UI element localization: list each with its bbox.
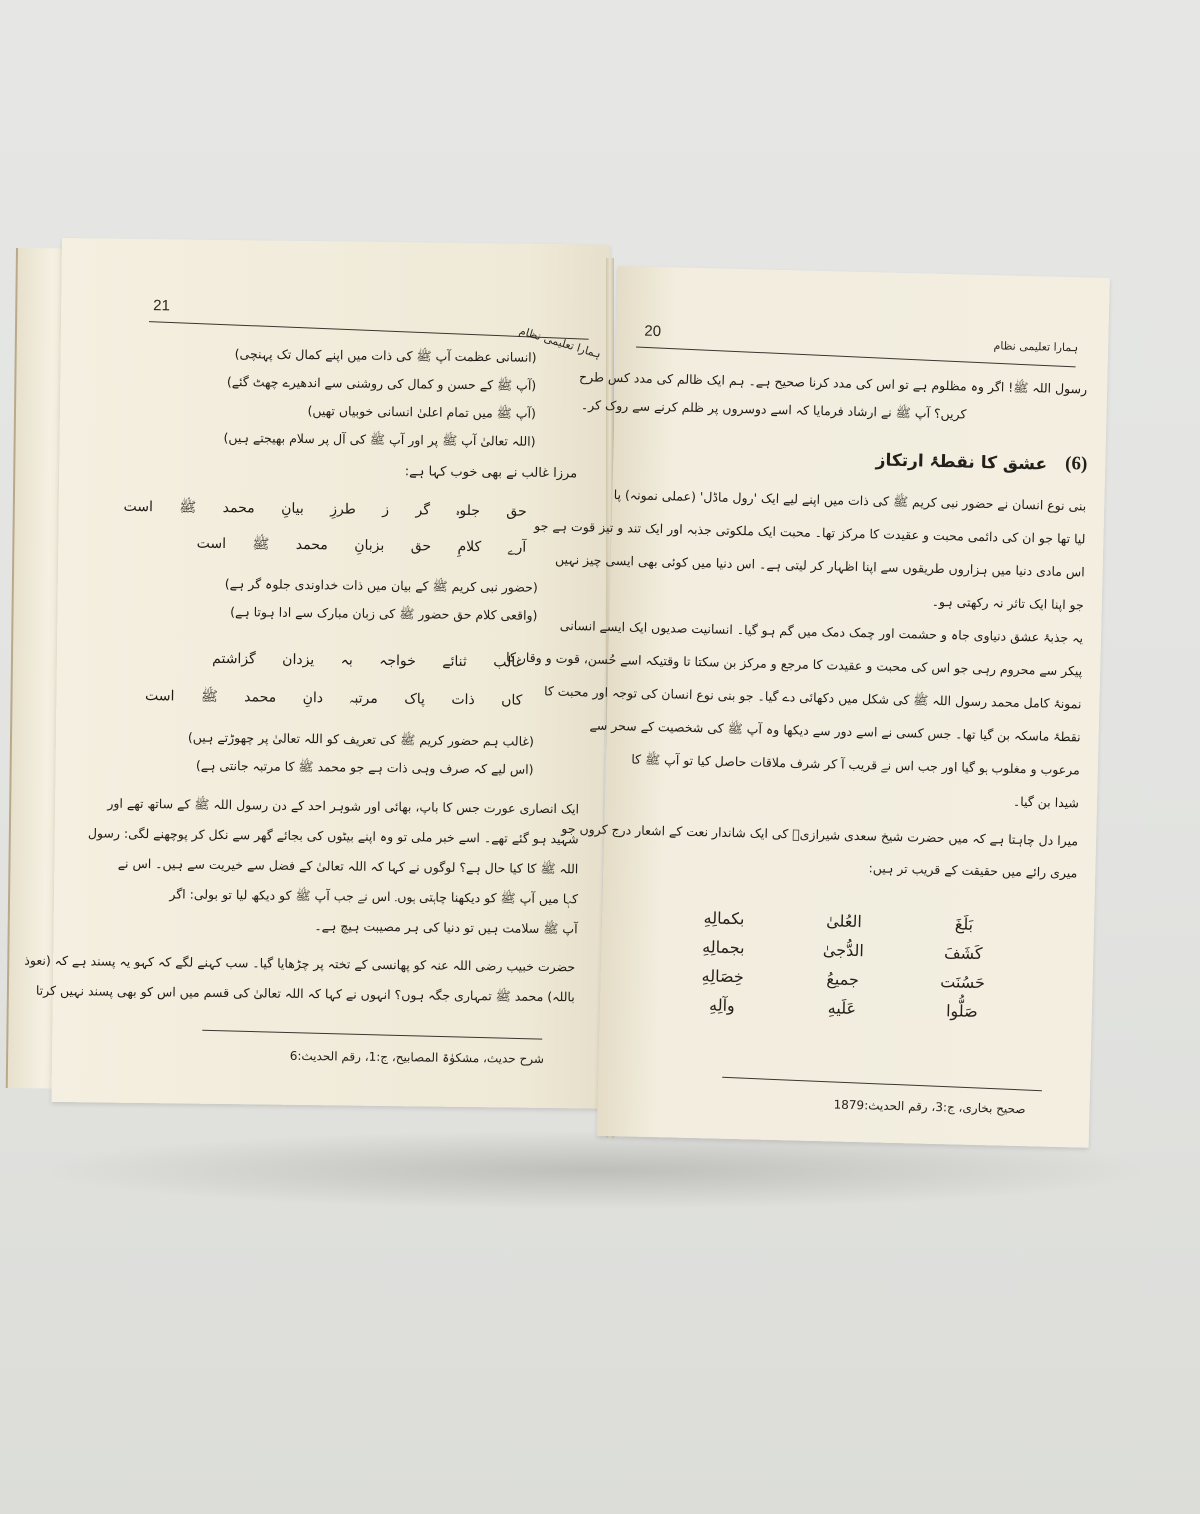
poem-word: كَشَفَ [903, 942, 1023, 964]
paragraph-line: باللہ) محمد ﷺ تمہاری جگہ ہوں؟ انہوں نے ک… [24, 976, 575, 1013]
paragraph-line: آپ ﷺ سلامت ہیں تو دنیا کی ہر مصیبت ہیچ ہ… [87, 908, 578, 944]
gloss-line: (اس لیے کہ صرف وہی ذات ہے جو محمد ﷺ کا م… [187, 752, 533, 784]
top-paragraph: رسول اللہ ﷺ! اگر وہ مظلوم ہے تو اس کی مد… [578, 363, 1087, 431]
poem-word: جمیعُ [782, 968, 902, 990]
gloss-block-1: (حضور نبی کریم ﷺ کے بیان میں ذات خداوندی… [224, 570, 538, 630]
poem-word: صَلُّوا [902, 1000, 1022, 1022]
main-paragraph: بنی نوع انسان نے حضور نبی کریم ﷺ کی ذات … [503, 475, 1087, 819]
poem-word: وآلِهِ [662, 994, 782, 1016]
poem-word: حَسُنَت [902, 971, 1022, 993]
section-number: (6) [1065, 453, 1088, 476]
verse-line: غالب ثنائے خواجہ بہ یزدان گزاشتم [145, 639, 523, 682]
poem-word: بجمالِهِ [663, 936, 783, 958]
page-number: 21 [153, 297, 170, 314]
gloss-block-2: (غالب ہم حضور کریم ﷺ کی تعریف کو اللہ تع… [187, 724, 534, 784]
gloss-line: (حضور نبی کریم ﷺ کے بیان میں ذات خداوندی… [225, 570, 538, 602]
poem-word: بکمالِهِ [664, 907, 784, 929]
photo-scene: 21 ہمارا تعلیمی نظام (انسانی عظمت آپ ﷺ ک… [0, 0, 1200, 1514]
verse-line: حق جلوہ گر ز طرزِ بیانِ محمد ﷺ است [123, 489, 527, 530]
verse-line: آرے کلامِ حق بزبانِ محمد ﷺ است [123, 525, 527, 566]
section-heading: (6) عشق کا نقطۂ ارتکاز [875, 448, 1087, 475]
poem-intro-paragraph: میرا دل چاہتا ہے کہ میں حضرت شیخ سعدی شی… [560, 813, 1078, 890]
gloss-line: (غالب ہم حضور کریم ﷺ کی تعریف کو اللہ تع… [188, 724, 534, 756]
poem-word: الدُّجیٰ [783, 939, 903, 961]
poem-word: بَلَغَ [904, 913, 1024, 935]
gloss-line: (آپ ﷺ کے حسن و کمال کی روشنی سے اندھیرے … [224, 368, 536, 400]
verse-line: کاں ذات پاک مرتبہ دانِ محمد ﷺ است [145, 677, 523, 720]
khubaib-paragraph: حضرت خبیب رضی اللہ عنہ کو پھانسی کے تختہ… [24, 946, 576, 1013]
right-page: 20 ہمارا تعلیمی نظام رسول اللہ ﷺ! اگر وہ… [597, 266, 1110, 1148]
gloss-line: (انسانی عظمت آپ ﷺ کی ذات میں اپنے کمال ت… [224, 340, 536, 372]
poem-word: العُلیٰ [784, 910, 904, 932]
opening-glosses: (انسانی عظمت آپ ﷺ کی ذات میں اپنے کمال ت… [223, 340, 536, 456]
footnote: صحیح بخاری، ج:3، رقم الحدیث:1879 [833, 1098, 1025, 1117]
gloss-line: (اللہ تعالیٰ آپ ﷺ پر اور آپ ﷺ کی آل پر س… [223, 424, 535, 456]
poem-word: عَلَیهِ [782, 997, 902, 1019]
verse-block-2: غالب ثنائے خواجہ بہ یزدان گزاشتم کاں ذات… [145, 639, 523, 720]
footnote-rule [722, 1077, 1042, 1091]
page-number: 20 [644, 323, 661, 340]
paragraph-line: اللہ ﷺ کا کیا حال ہے؟ لوگوں نے کہا کہ ال… [87, 848, 578, 884]
gloss-line: (آپ ﷺ میں تمام اعلیٰ انسانی خوبیاں تھیں) [224, 396, 536, 428]
arabic-poem: بَلَغَ العُلیٰ بکمالِهِ كَشَفَ الدُّجیٰ … [662, 907, 1024, 1022]
footnote: شرح حدیث، مشکوٰۃ المصابیح، ج:1، رقم الحد… [290, 1049, 544, 1066]
footnote-rule [202, 1030, 542, 1040]
poem-word: خِصَالِهِ [662, 965, 782, 987]
running-header: ہمارا تعلیمی نظام [993, 339, 1078, 354]
section-title: عشق کا نقطۂ ارتکاز [875, 449, 1047, 474]
verse-block-1: حق جلوہ گر ز طرزِ بیانِ محمد ﷺ است آرے ک… [123, 489, 527, 566]
ansari-woman-paragraph: ایک انصاری عورت جس کا باپ، بھائی اور شوہ… [87, 788, 580, 944]
gloss-line: (واقعی کلام حق حضور ﷺ کی زبان مبارک سے ا… [224, 598, 537, 630]
